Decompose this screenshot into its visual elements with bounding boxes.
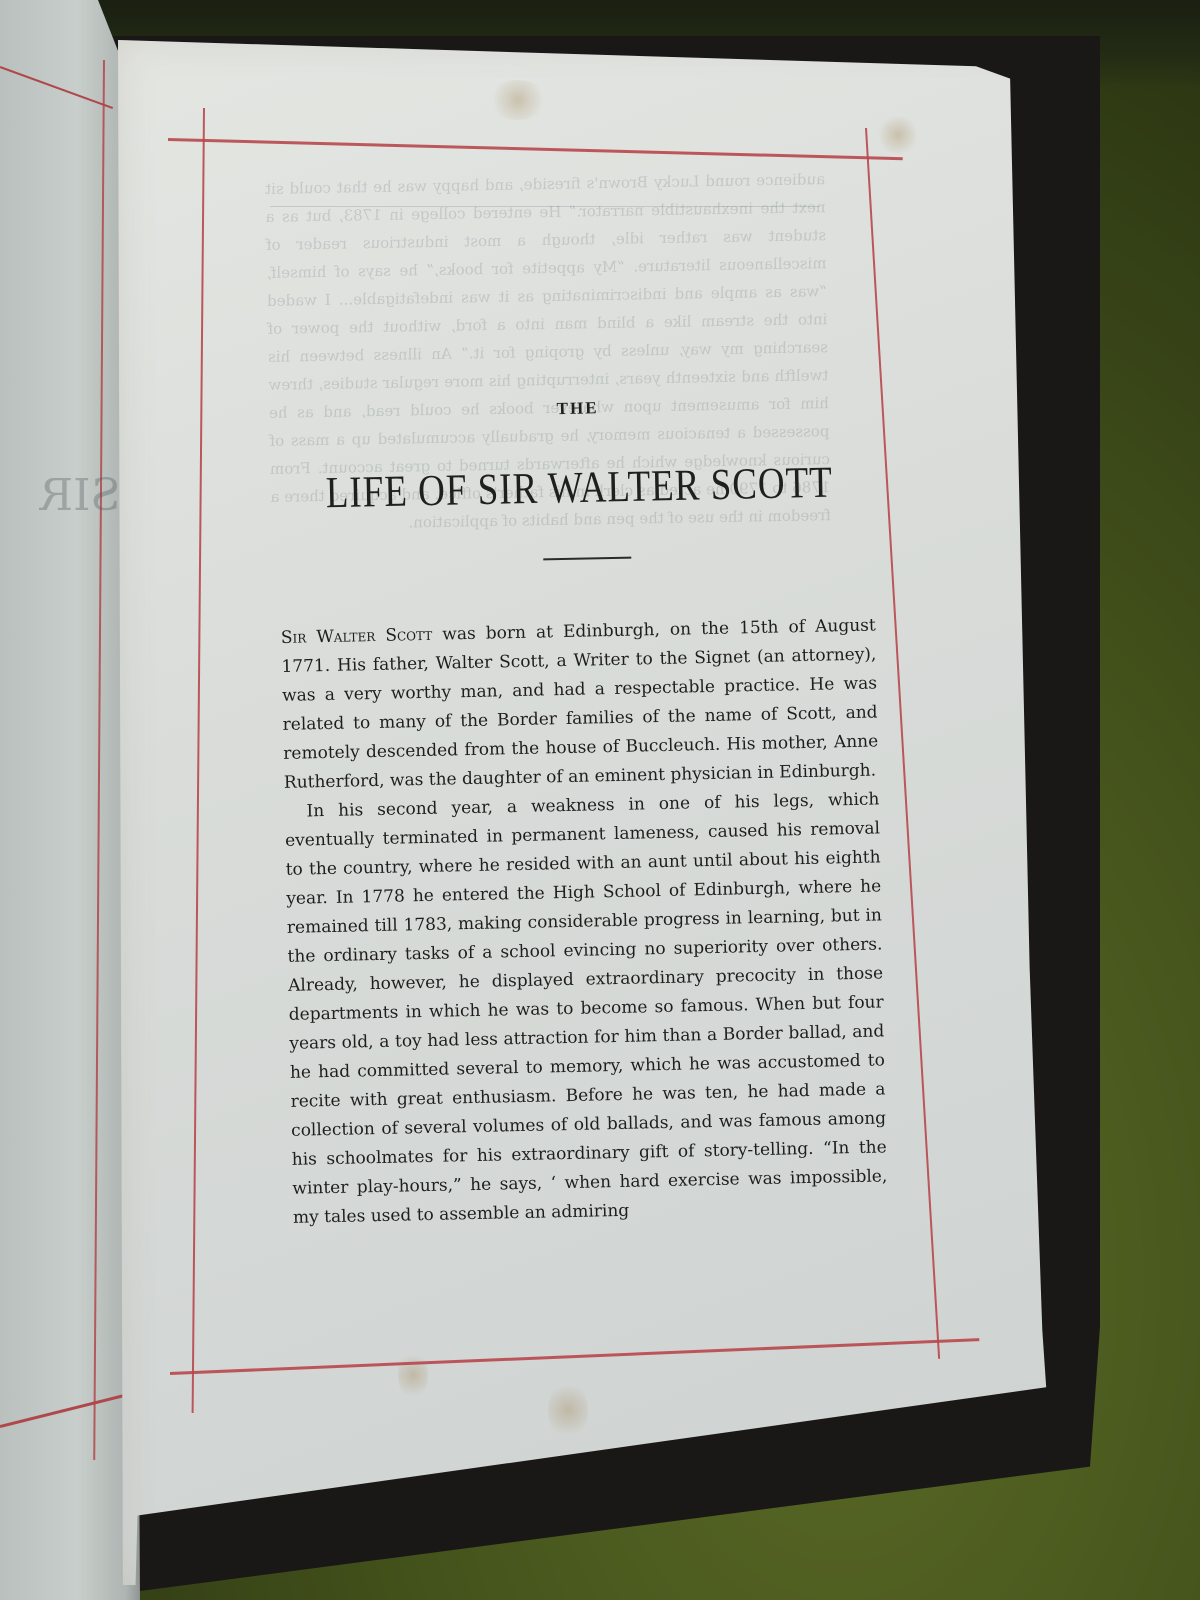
paragraph-2: In his second year, a weakness in one of…	[284, 785, 888, 1232]
paragraph-1: Sir Walter Scott was born at Edinburgh, …	[281, 611, 880, 797]
foxing-stain	[548, 1380, 588, 1440]
showthrough-running-head-rule	[270, 178, 820, 207]
left-page-rule-vertical	[93, 60, 105, 1460]
lead-name-smallcaps: Sir Walter Scott	[281, 625, 433, 648]
title-divider	[543, 557, 631, 561]
foxing-stain	[488, 80, 548, 120]
body-text: Sir Walter Scott was born at Edinburgh, …	[281, 611, 889, 1232]
left-page-rule-top	[0, 66, 113, 109]
foxing-stain	[398, 1350, 428, 1400]
facing-page-showthrough: SIR	[40, 470, 121, 521]
photo-scene: SIR audience round Lucky Brown's firesid…	[0, 0, 1200, 1600]
page-title: LIFE OF SIR WALTER SCOTT	[285, 456, 873, 520]
left-page-rule-bottom	[0, 1391, 136, 1428]
page-content: THE LIFE OF SIR WALTER SCOTT Sir Walter …	[276, 393, 888, 1233]
foxing-stain	[878, 115, 918, 155]
